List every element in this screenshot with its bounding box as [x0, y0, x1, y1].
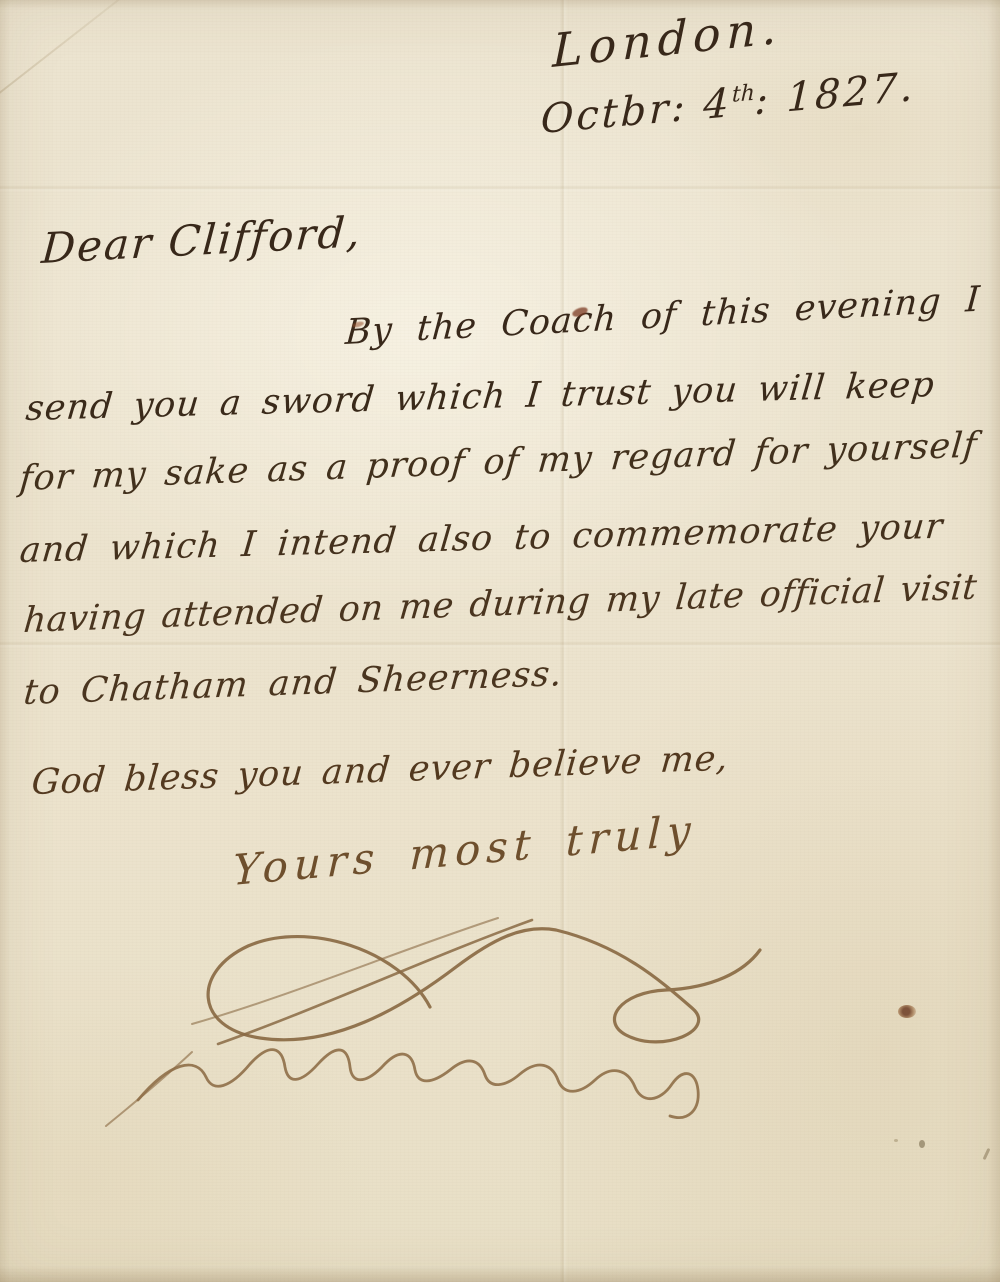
heading-date: Octbr: 4th: 1827.: [540, 65, 916, 142]
signature-upper-flourish: [208, 929, 760, 1042]
paper-bottom-edge-shadow: [0, 1266, 1000, 1282]
top-left-corner-crease: [0, 0, 154, 102]
heading-date-pre: Octbr: 4: [540, 80, 733, 143]
foxing-spot-small-1: [919, 1140, 925, 1148]
letter-page: London. Octbr: 4th: 1827. Dear Clifford,…: [0, 0, 1000, 1282]
paper-right-edge-shadow: [988, 0, 1000, 1282]
valediction-line: Yours most truly: [232, 807, 697, 894]
body-line-6: to Chatham and Sheerness.: [22, 655, 564, 712]
horizontal-crease-upper: [0, 185, 1000, 192]
body-line-4: and which I intend also to commemorate y…: [18, 508, 945, 571]
heading-place: London.: [552, 1, 783, 76]
salutation-line: Dear Clifford,: [40, 209, 363, 272]
signature-william-flourish: [100, 912, 790, 1147]
body-line-3: for my sake as a proof of my regard for …: [18, 426, 979, 498]
paper-top-edge-shadow: [0, 0, 1000, 9]
paper-left-edge-shadow: [0, 0, 10, 1282]
body-line-5: having attended on me during my late off…: [22, 569, 979, 641]
body-line-1: By the Coach of this evening I: [344, 281, 982, 353]
horizontal-crease-middle: [0, 641, 1000, 648]
heading-date-ordinal: th: [732, 81, 756, 108]
closing-line: God bless you and ever believe me,: [30, 740, 730, 803]
heading-date-post: : 1827.: [754, 64, 917, 124]
edge-nick-mark: [983, 1148, 991, 1160]
foxing-spot-small-2: [894, 1139, 898, 1142]
signature-lead-in-stroke: [106, 1052, 192, 1126]
body-line-2: send you a sword which I trust you will …: [24, 366, 937, 428]
signature-name-squiggle: [138, 1050, 698, 1118]
foxing-spot-large: [898, 1005, 916, 1018]
